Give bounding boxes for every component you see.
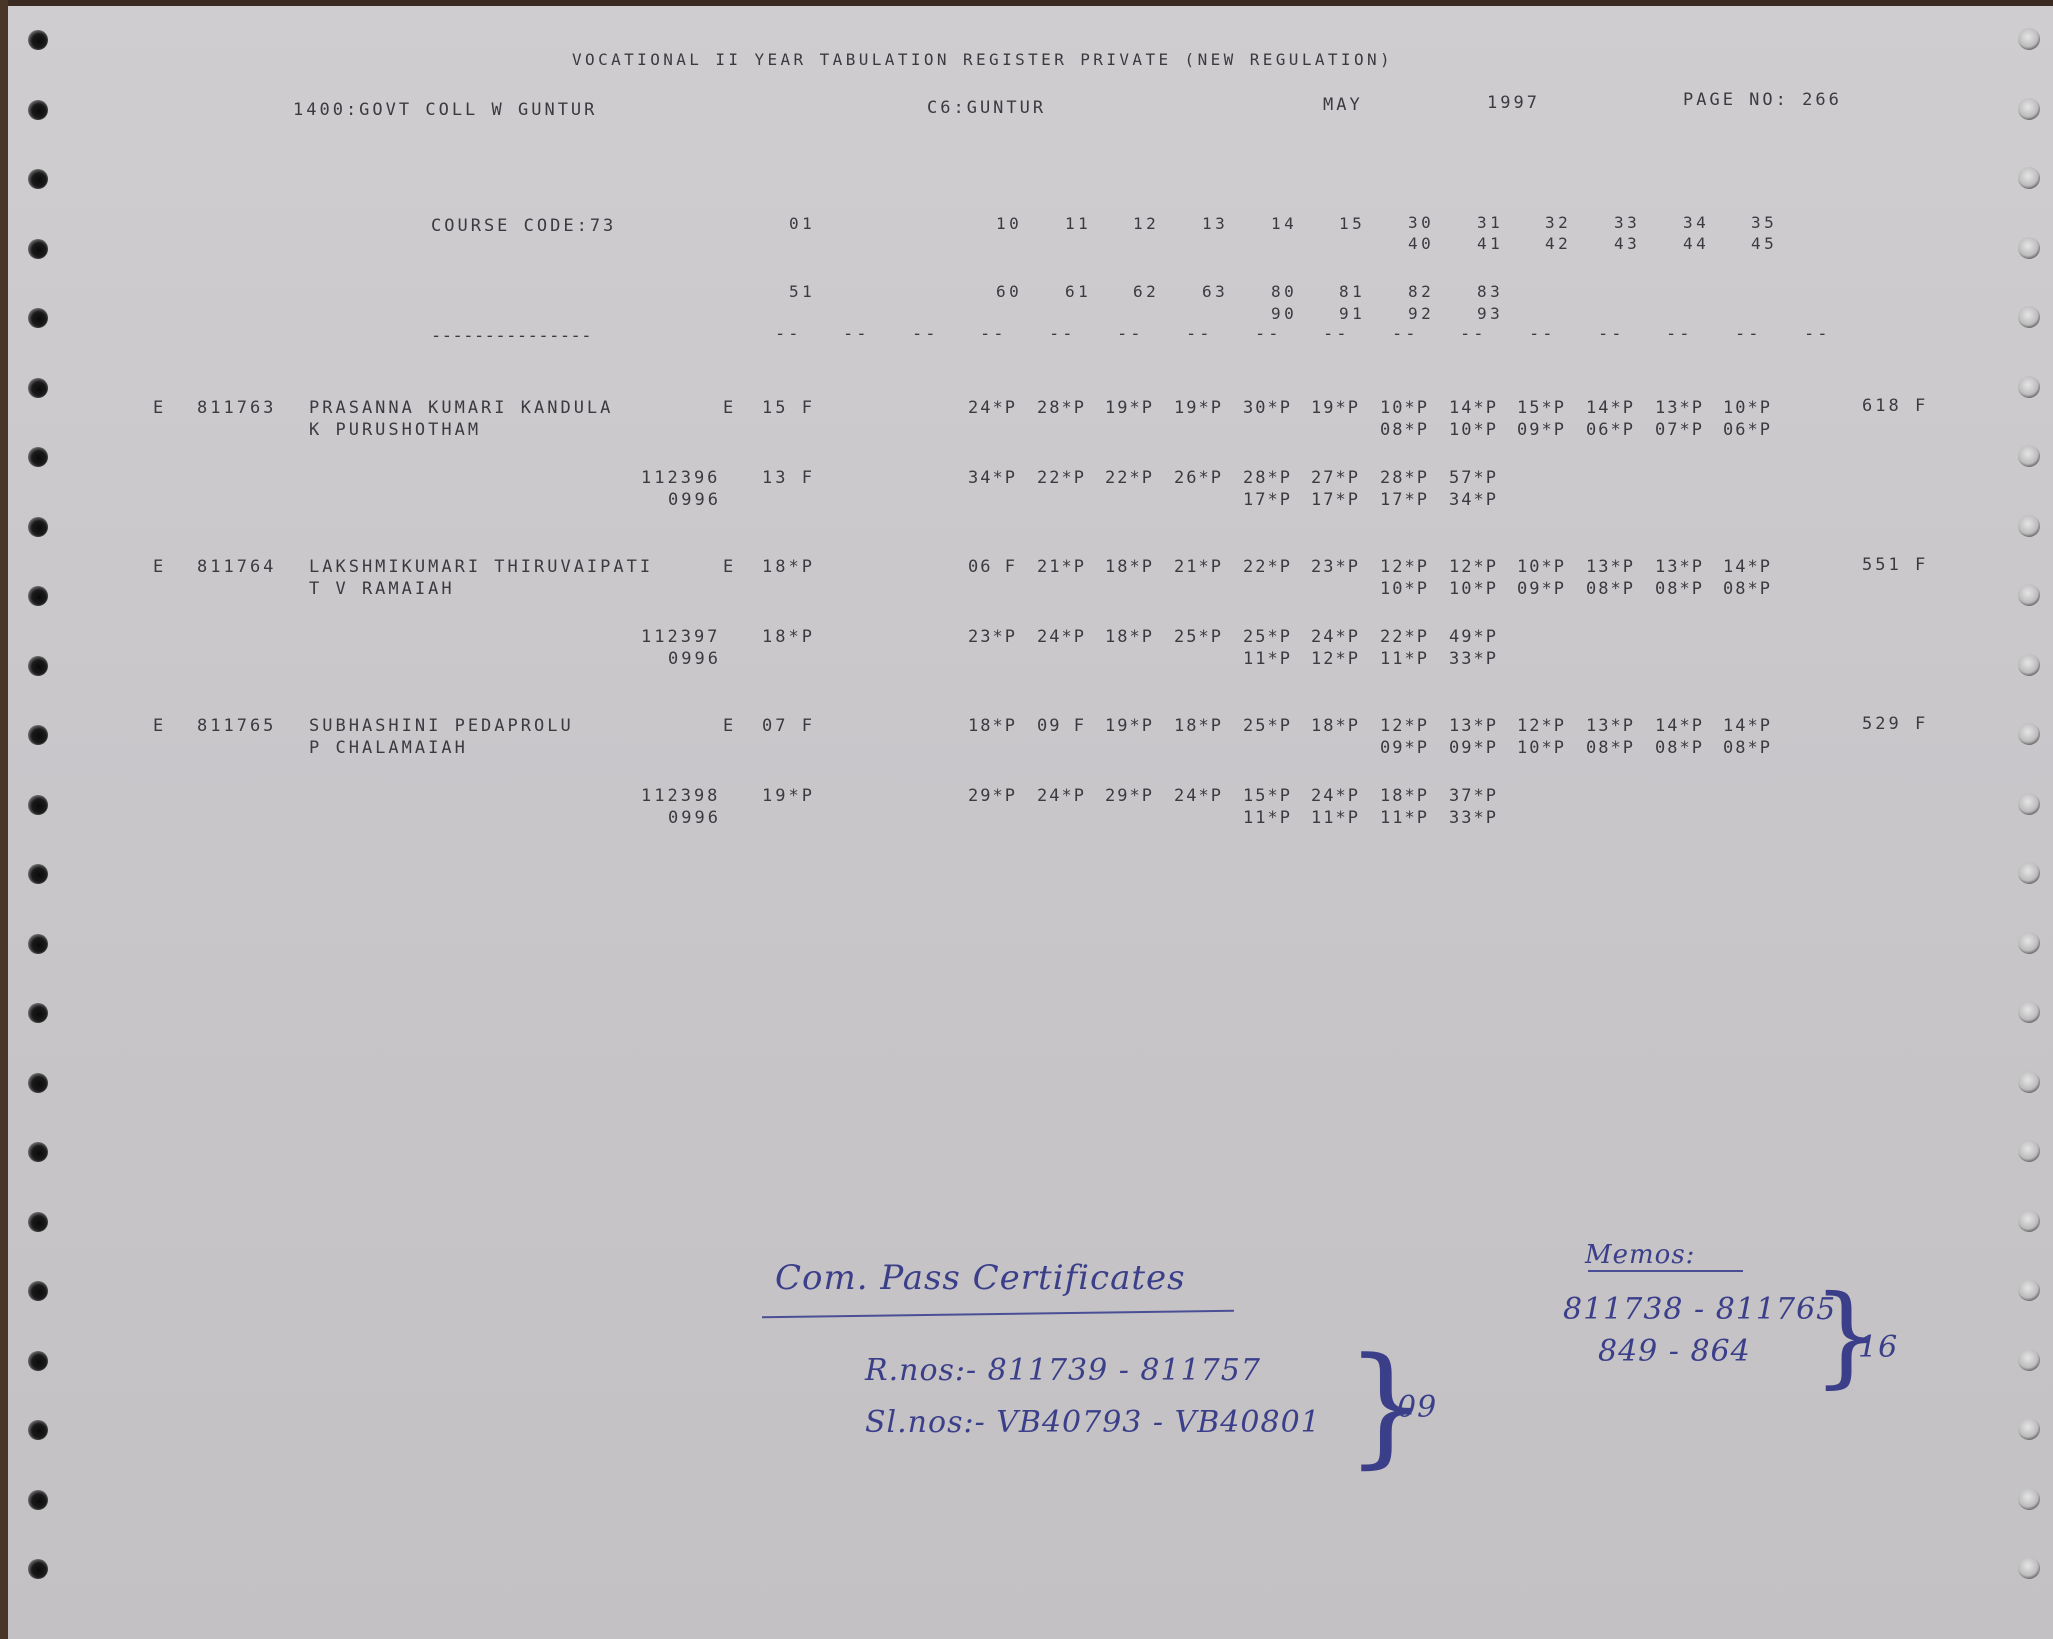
subject-mark: 23*P (968, 627, 1017, 647)
subject-code: 42 (1545, 234, 1571, 254)
hall-ticket-number: 811765 (197, 716, 276, 736)
subject-mark: 09 F (1037, 716, 1086, 736)
punch-hole-right (2018, 1418, 2040, 1440)
subject-mark: 17*P (1380, 490, 1429, 510)
subject-code: 43 (1614, 234, 1640, 254)
student-name: PRASANNA KUMARI KANDULA (309, 398, 613, 418)
subject-mark: 12*P (1517, 716, 1566, 736)
punch-hole-right (2018, 445, 2040, 467)
student-name: SUBHASHINI PEDAPROLU (309, 716, 574, 736)
subject-code: 60 (996, 282, 1022, 302)
page-number: PAGE NO: 266 (1683, 90, 1842, 110)
subject-code: 83 (1477, 282, 1503, 302)
subject-mark: 14*P (1655, 716, 1704, 736)
subject-code: 92 (1408, 304, 1434, 324)
punch-hole-left (28, 378, 48, 398)
subject-mark: 08*P (1655, 738, 1704, 758)
punch-hole-right (2018, 654, 2040, 676)
subject-code: 11 (1065, 214, 1091, 234)
parent-name: P CHALAMAIAH (309, 738, 468, 758)
subject-mark: 18*P (1174, 716, 1223, 736)
part1-marks: 07 F (762, 716, 815, 736)
subject-mark: 33*P (1449, 649, 1498, 669)
subject-code: 35 (1751, 213, 1777, 233)
subject-code: 41 (1477, 234, 1503, 254)
subject-code: 80 (1271, 282, 1297, 302)
subject-mark: 10*P (1449, 420, 1498, 440)
subject-mark: 08*P (1380, 420, 1429, 440)
punch-hole-right (2018, 862, 2040, 884)
subject-mark: 37*P (1449, 786, 1498, 806)
subject-mark: 34*P (1449, 490, 1498, 510)
subject-mark: 13*P (1655, 557, 1704, 577)
subject-mark: 19*P (1174, 398, 1223, 418)
subject-mark: 12*P (1449, 557, 1498, 577)
subject-code: 34 (1683, 213, 1709, 233)
separator-dash: -- (1323, 324, 1349, 344)
subject-mark: 19*P (1311, 398, 1360, 418)
total-marks: 551 F (1862, 555, 1928, 575)
punch-hole-right (2018, 237, 2040, 259)
punch-hole-left (28, 1212, 48, 1232)
subject-code: 15 (1339, 214, 1365, 234)
tabulation-sheet (8, 6, 2053, 1639)
part1-marks: 15 F (762, 398, 815, 418)
separator-dash: -- (775, 324, 801, 344)
subject-mark: 13*P (1586, 716, 1635, 736)
subject-mark: 57*P (1449, 468, 1498, 488)
total-marks: 529 F (1862, 714, 1928, 734)
subject-mark: 22*P (1380, 627, 1429, 647)
subject-code: 13 (1202, 214, 1228, 234)
subject-mark: 06 F (968, 557, 1017, 577)
subject-mark: 19*P (1105, 716, 1154, 736)
subject-code: 10 (996, 214, 1022, 234)
subject-code: 30 (1408, 213, 1434, 233)
course-code-label: COURSE CODE:73 (431, 216, 616, 236)
subject-mark: 28*P (1037, 398, 1086, 418)
subject-mark: 29*P (1105, 786, 1154, 806)
separator-dash: -- (912, 324, 938, 344)
subject-code: 61 (1065, 282, 1091, 302)
subject-mark: 13*P (1586, 557, 1635, 577)
punch-hole-right (2018, 1071, 2040, 1093)
top-edge (0, 0, 2053, 6)
subject-mark: 18*P (1105, 627, 1154, 647)
subject-code: 31 (1477, 213, 1503, 233)
punch-hole-left (28, 100, 48, 120)
punch-hole-left (28, 1420, 48, 1440)
subject-mark: 09*P (1517, 579, 1566, 599)
subject-mark: 09*P (1380, 738, 1429, 758)
subject-mark: 10*P (1380, 398, 1429, 418)
subject-mark: 18*P (968, 716, 1017, 736)
subject-code: 14 (1271, 214, 1297, 234)
punch-hole-left (28, 934, 48, 954)
punch-hole-left (28, 864, 48, 884)
subject-mark: 18*P (1380, 786, 1429, 806)
punch-hole-left (28, 725, 48, 745)
certificates-count: 09 (1397, 1390, 1437, 1425)
subject-mark: 10*P (1449, 579, 1498, 599)
medium-code: E (723, 716, 736, 736)
punch-hole-right (2018, 1349, 2040, 1371)
roll-numbers-range: R.nos:- 811739 - 811757 (865, 1353, 1261, 1388)
separator-dash: -- (980, 324, 1006, 344)
separator-dash: -- (843, 324, 869, 344)
subject-mark: 10*P (1380, 579, 1429, 599)
subject-mark: 06*P (1723, 420, 1772, 440)
subject-mark: 25*P (1243, 716, 1292, 736)
district-code: C6:GUNTUR (927, 98, 1046, 118)
subject-mark: 11*P (1243, 649, 1292, 669)
subject-mark: 25*P (1174, 627, 1223, 647)
subject-mark: 11*P (1380, 649, 1429, 669)
serial-numbers-range: Sl.nos:- VB40793 - VB40801 (865, 1405, 1321, 1440)
subject-code: 51 (789, 282, 815, 302)
part2-marks: 13 F (762, 468, 815, 488)
subject-mark: 14*P (1723, 716, 1772, 736)
subject-mark: 30*P (1243, 398, 1292, 418)
subject-mark: 12*P (1380, 557, 1429, 577)
registration-number: 112398 (641, 786, 720, 806)
punch-hole-right (2018, 1557, 2040, 1579)
registration-code: 0996 (668, 490, 721, 510)
punch-hole-right (2018, 584, 2040, 606)
subject-mark: 33*P (1449, 808, 1498, 828)
subject-mark: 21*P (1174, 557, 1223, 577)
subject-mark: 24*P (1174, 786, 1223, 806)
subject-mark: 08*P (1723, 579, 1772, 599)
punch-hole-right (2018, 1488, 2040, 1510)
subject-mark: 12*P (1380, 716, 1429, 736)
punch-hole-right (2018, 1210, 2040, 1232)
subject-mark: 10*P (1517, 557, 1566, 577)
subject-mark: 34*P (968, 468, 1017, 488)
parent-name: T V RAMAIAH (309, 579, 455, 599)
subject-mark: 18*P (1105, 557, 1154, 577)
hall-ticket-number: 811764 (197, 557, 276, 577)
registration-code: 0996 (668, 808, 721, 828)
subject-mark: 15*P (1243, 786, 1292, 806)
exam-year: 1997 (1487, 93, 1540, 113)
subject-code: 62 (1133, 282, 1159, 302)
punch-hole-left (28, 1073, 48, 1093)
subject-code: 93 (1477, 304, 1503, 324)
exam-month: MAY (1323, 95, 1363, 115)
subject-mark: 19*P (1105, 398, 1154, 418)
punch-hole-right (2018, 306, 2040, 328)
punch-hole-left (28, 517, 48, 537)
subject-code: 63 (1202, 282, 1228, 302)
student-name: LAKSHMIKUMARI THIRUVAIPATI (309, 557, 653, 577)
punch-hole-right (2018, 98, 2040, 120)
college-code: 1400:GOVT COLL W GUNTUR (293, 100, 597, 120)
subject-code: 45 (1751, 234, 1777, 254)
punch-hole-right (2018, 1001, 2040, 1023)
punch-hole-right (2018, 376, 2040, 398)
subject-mark: 08*P (1655, 579, 1704, 599)
punch-hole-right (2018, 793, 2040, 815)
student-category: E (153, 557, 166, 577)
punch-hole-left (28, 308, 48, 328)
subject-mark: 06*P (1586, 420, 1635, 440)
separator-dash: -- (1117, 324, 1143, 344)
subject-mark: 09*P (1517, 420, 1566, 440)
subject-mark: 09*P (1449, 738, 1498, 758)
separator-dash: -- (1666, 324, 1692, 344)
separator-dash: -- (1804, 324, 1830, 344)
separator-dash: -- (1186, 324, 1212, 344)
subject-mark: 10*P (1723, 398, 1772, 418)
subject-mark: 24*P (1037, 627, 1086, 647)
subject-mark: 24*P (1311, 786, 1360, 806)
subject-mark: 11*P (1311, 808, 1360, 828)
punch-hole-left (28, 656, 48, 676)
punch-hole-left (28, 1559, 48, 1579)
separator-dash: -- (1255, 324, 1281, 344)
subject-mark: 26*P (1174, 468, 1223, 488)
part2-marks: 18*P (762, 627, 815, 647)
subject-mark: 13*P (1655, 398, 1704, 418)
punch-hole-left (28, 30, 48, 50)
subject-code: 01 (789, 214, 815, 234)
student-category: E (153, 716, 166, 736)
subject-code: 90 (1271, 304, 1297, 324)
subject-mark: 13*P (1449, 716, 1498, 736)
punch-hole-right (2018, 932, 2040, 954)
subject-mark: 22*P (1105, 468, 1154, 488)
punch-hole-right (2018, 1140, 2040, 1162)
subject-mark: 23*P (1311, 557, 1360, 577)
subject-mark: 27*P (1311, 468, 1360, 488)
subject-mark: 11*P (1243, 808, 1292, 828)
memos-underline (1588, 1270, 1743, 1272)
subject-mark: 08*P (1586, 738, 1635, 758)
memos-count: 16 (1858, 1330, 1898, 1365)
punch-hole-left (28, 1281, 48, 1301)
registration-code: 0996 (668, 649, 721, 669)
separator-dash: -- (1460, 324, 1486, 344)
subject-code: 12 (1133, 214, 1159, 234)
subject-mark: 29*P (968, 786, 1017, 806)
total-marks: 618 F (1862, 396, 1928, 416)
subject-mark: 17*P (1243, 490, 1292, 510)
subject-mark: 24*P (968, 398, 1017, 418)
medium-code: E (723, 398, 736, 418)
subject-mark: 11*P (1380, 808, 1429, 828)
header-separator-long: --------------- (431, 326, 592, 346)
subject-mark: 08*P (1723, 738, 1772, 758)
register-title: VOCATIONAL II YEAR TABULATION REGISTER P… (572, 50, 1393, 70)
subject-mark: 24*P (1037, 786, 1086, 806)
memos-heading: Memos: (1585, 1240, 1695, 1270)
punch-hole-left (28, 1142, 48, 1162)
memo-range-2: 849 - 864 (1598, 1334, 1751, 1369)
subject-mark: 21*P (1037, 557, 1086, 577)
subject-mark: 49*P (1449, 627, 1498, 647)
subject-code: 81 (1339, 282, 1365, 302)
certificates-heading: Com. Pass Certificates (775, 1258, 1186, 1298)
punch-hole-left (28, 795, 48, 815)
punch-hole-left (28, 586, 48, 606)
separator-dash: -- (1529, 324, 1555, 344)
subject-mark: 22*P (1037, 468, 1086, 488)
subject-mark: 14*P (1586, 398, 1635, 418)
subject-mark: 28*P (1243, 468, 1292, 488)
punch-hole-left (28, 447, 48, 467)
separator-dash: -- (1735, 324, 1761, 344)
subject-code: 33 (1614, 213, 1640, 233)
registration-number: 112396 (641, 468, 720, 488)
subject-mark: 15*P (1517, 398, 1566, 418)
subject-code: 91 (1339, 304, 1365, 324)
part1-marks: 18*P (762, 557, 815, 577)
punch-hole-left (28, 1490, 48, 1510)
punch-hole-left (28, 239, 48, 259)
punch-hole-right (2018, 28, 2040, 50)
memo-range-1: 811738 - 811765 (1563, 1292, 1836, 1327)
subject-mark: 28*P (1380, 468, 1429, 488)
punch-hole-right (2018, 515, 2040, 537)
hall-ticket-number: 811763 (197, 398, 276, 418)
subject-mark: 14*P (1723, 557, 1772, 577)
subject-mark: 25*P (1243, 627, 1292, 647)
punch-hole-right (2018, 723, 2040, 745)
student-category: E (153, 398, 166, 418)
subject-mark: 12*P (1311, 649, 1360, 669)
subject-code: 82 (1408, 282, 1434, 302)
subject-mark: 07*P (1655, 420, 1704, 440)
subject-mark: 24*P (1311, 627, 1360, 647)
separator-dash: -- (1598, 324, 1624, 344)
subject-code: 44 (1683, 234, 1709, 254)
punch-hole-left (28, 1351, 48, 1371)
punch-hole-left (28, 1003, 48, 1023)
medium-code: E (723, 557, 736, 577)
left-edge (0, 0, 8, 1639)
subject-mark: 17*P (1311, 490, 1360, 510)
subject-code: 32 (1545, 213, 1571, 233)
subject-mark: 18*P (1311, 716, 1360, 736)
punch-hole-right (2018, 1279, 2040, 1301)
subject-mark: 10*P (1517, 738, 1566, 758)
separator-dash: -- (1392, 324, 1418, 344)
subject-mark: 22*P (1243, 557, 1292, 577)
subject-mark: 14*P (1449, 398, 1498, 418)
part2-marks: 19*P (762, 786, 815, 806)
separator-dash: -- (1049, 324, 1075, 344)
punch-hole-left (28, 169, 48, 189)
subject-code: 40 (1408, 234, 1434, 254)
parent-name: K PURUSHOTHAM (309, 420, 481, 440)
punch-hole-right (2018, 167, 2040, 189)
subject-mark: 08*P (1586, 579, 1635, 599)
registration-number: 112397 (641, 627, 720, 647)
